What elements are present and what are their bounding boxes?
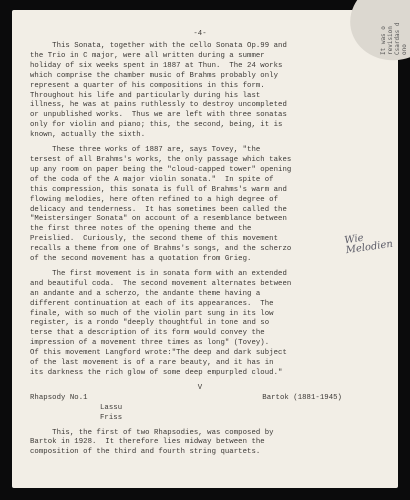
text-line: The first movement is in sonata form wit…: [30, 270, 370, 280]
text-line: an andante and a scherzo, the andante th…: [30, 290, 370, 300]
piece-title: Rhapsody No.1: [30, 394, 88, 404]
text-line: or unpublished works. Thus we are left w…: [30, 111, 370, 121]
text-line: This, the first of two Rhapsodies, was c…: [30, 429, 370, 439]
text-line: register, is a rondo "deeply thoughtful …: [30, 319, 370, 329]
text-line: different continuation at each of its ap…: [30, 300, 370, 310]
text-line: "Meistersinger Sonata" on account of a r…: [30, 215, 370, 225]
paragraph-2: These three works of 1887 are, says Tove…: [30, 146, 370, 265]
text-line: known, actually the sixth.: [30, 131, 370, 141]
text-line: finale, with so much of the violin part …: [30, 310, 370, 320]
paragraph-4: This, the first of two Rhapsodies, was c…: [30, 429, 370, 459]
text-line: recalls a theme from one of Brahms's son…: [30, 245, 370, 255]
text-line: its darkness the rich glow of some deep …: [30, 369, 370, 379]
text-line: the Trio in C major, were all written du…: [30, 52, 370, 62]
corner-line: ono: [401, 0, 408, 55]
corner-note-text: It was o revision Csardas d ono: [380, 0, 410, 55]
text-line: flowing melodies, here often refined to …: [30, 196, 370, 206]
text-line: illness, he was at pains ruthlessly to d…: [30, 101, 370, 111]
text-line: delicacy and tenderness. It has sometime…: [30, 206, 370, 216]
paragraph-3: The first movement is in sonata form wit…: [30, 270, 370, 379]
section-numeral: V: [30, 384, 370, 394]
text-line: only for violin and piano; this, the sec…: [30, 121, 370, 131]
movement-2: Friss: [30, 414, 370, 424]
text-line: Bartok in 1928. It therefore lies midway…: [30, 438, 370, 448]
corner-line: It was o: [380, 0, 387, 55]
movement-1: Lassu: [30, 404, 370, 414]
corner-line: Csardas d: [394, 0, 401, 55]
text-line: and beautiful coda. The second movement …: [30, 280, 370, 290]
text-line: of the coda of the A major violin sonata…: [30, 176, 370, 186]
text-line: This Sonata, together with the cello Son…: [30, 42, 370, 52]
text-line: Throughout his life and particularly dur…: [30, 92, 370, 102]
corner-line: revision: [387, 0, 394, 55]
text-line: tersest of all Brahms's works, the only …: [30, 156, 370, 166]
text-line: terse that a description of its form wou…: [30, 329, 370, 339]
text-line: which comprise the chamber music of Brah…: [30, 72, 370, 82]
text-line: of the second movement has a quotation f…: [30, 255, 370, 265]
section-header: Rhapsody No.1 Bartok (1881-1945): [30, 394, 342, 404]
piece-composer: Bartok (1881-1945): [262, 394, 342, 404]
typed-text: -4- This Sonata, together with the cello…: [30, 33, 370, 458]
text-line: holiday of six weeks spent in 1887 at Th…: [30, 62, 370, 72]
text-line: These three works of 1887 are, says Tove…: [30, 146, 370, 156]
text-line: represent a quarter of his compositions …: [30, 82, 370, 92]
paragraph-1: This Sonata, together with the cello Son…: [30, 42, 370, 141]
text-line: this compression, this sonata is full of…: [30, 186, 370, 196]
text-line: of the last movement is of a rare beauty…: [30, 359, 370, 369]
text-line: Preislied. Curiously, the second theme o…: [30, 235, 370, 245]
text-line: up any room on paper being the "cloud-ca…: [30, 166, 370, 176]
text-line: Of this movement Langford wrote:"The dee…: [30, 349, 370, 359]
text-line: composition of the third and fourth stri…: [30, 448, 370, 458]
text-line: the first three notes of the opening the…: [30, 225, 370, 235]
page-number: -4-: [30, 30, 370, 40]
text-line: impression of a movement three times as …: [30, 339, 370, 349]
